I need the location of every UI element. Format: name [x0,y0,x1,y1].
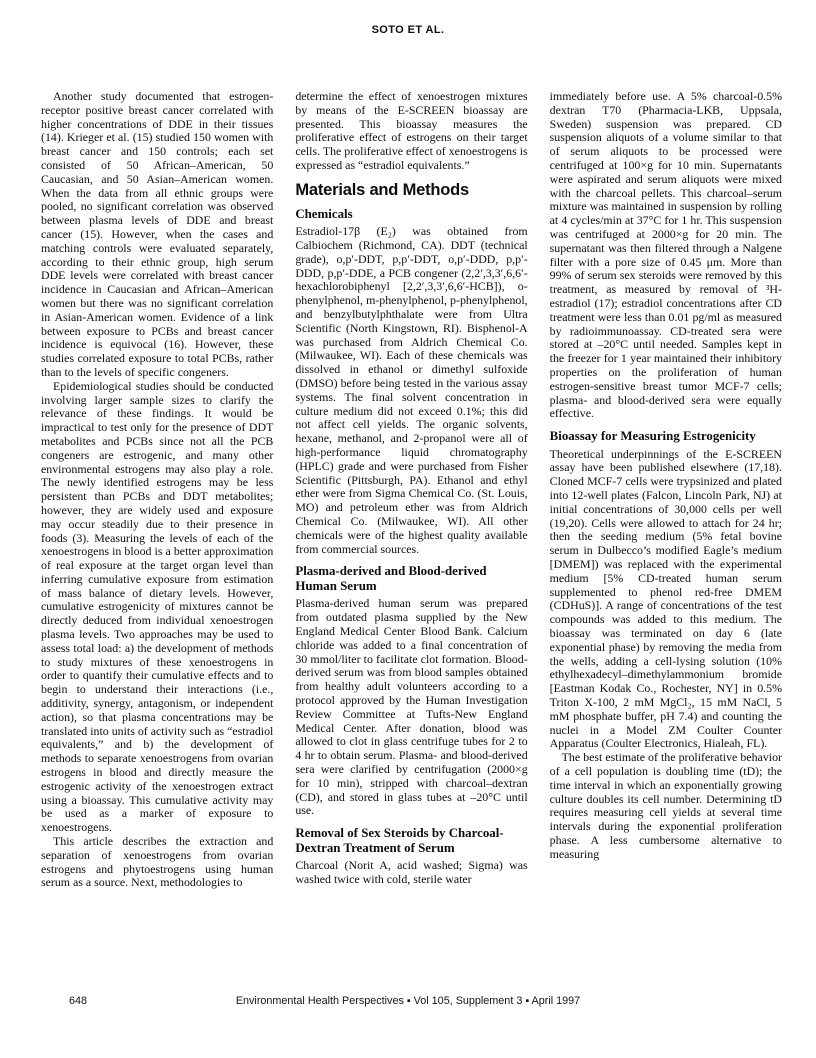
paragraph: determine the effect of xenoestrogen mix… [295,90,527,173]
paragraph: immediately before use. A 5% charcoal-0.… [550,90,782,421]
subsection-heading: Plasma-derived and Blood-derived Human S… [295,564,527,593]
paragraph: Charcoal (Norit A, acid washed; Sigma) w… [295,859,527,887]
subsection-heading: Chemicals [295,207,527,222]
page-number: 648 [69,995,87,1007]
paragraph: Another study documented that estrogen-r… [41,90,273,380]
paragraph: This article describes the extraction an… [41,835,273,890]
subsection-heading: Removal of Sex Steroids by Charcoal-Dext… [295,826,527,855]
text-column-3: immediately before use. A 5% charcoal-0.… [550,90,782,956]
journal-page: SOTO ET AL. Another study documented tha… [0,0,816,1058]
paragraph: The best estimate of the proliferative b… [550,751,782,861]
paragraph: Theoretical underpinnings of the E-SCREE… [550,448,782,752]
subsection-heading: Bioassay for Measuring Estrogenicity [550,429,782,444]
paragraph: Plasma-derived human serum was prepared … [295,597,527,818]
text-column-2: determine the effect of xenoestrogen mix… [295,90,527,956]
paragraph: Estradiol-17β (E₂) was obtained from Cal… [295,225,527,556]
page-footer: 648 Environmental Health Perspectives ▪ … [0,995,816,1007]
text-column-1: Another study documented that estrogen-r… [41,90,273,956]
section-heading: Materials and Methods [295,181,527,199]
journal-citation: Environmental Health Perspectives ▪ Vol … [0,995,816,1007]
article-body: Another study documented that estrogen-r… [41,90,782,956]
running-head: SOTO ET AL. [0,24,816,36]
paragraph: Epidemiological studies should be conduc… [41,380,273,835]
